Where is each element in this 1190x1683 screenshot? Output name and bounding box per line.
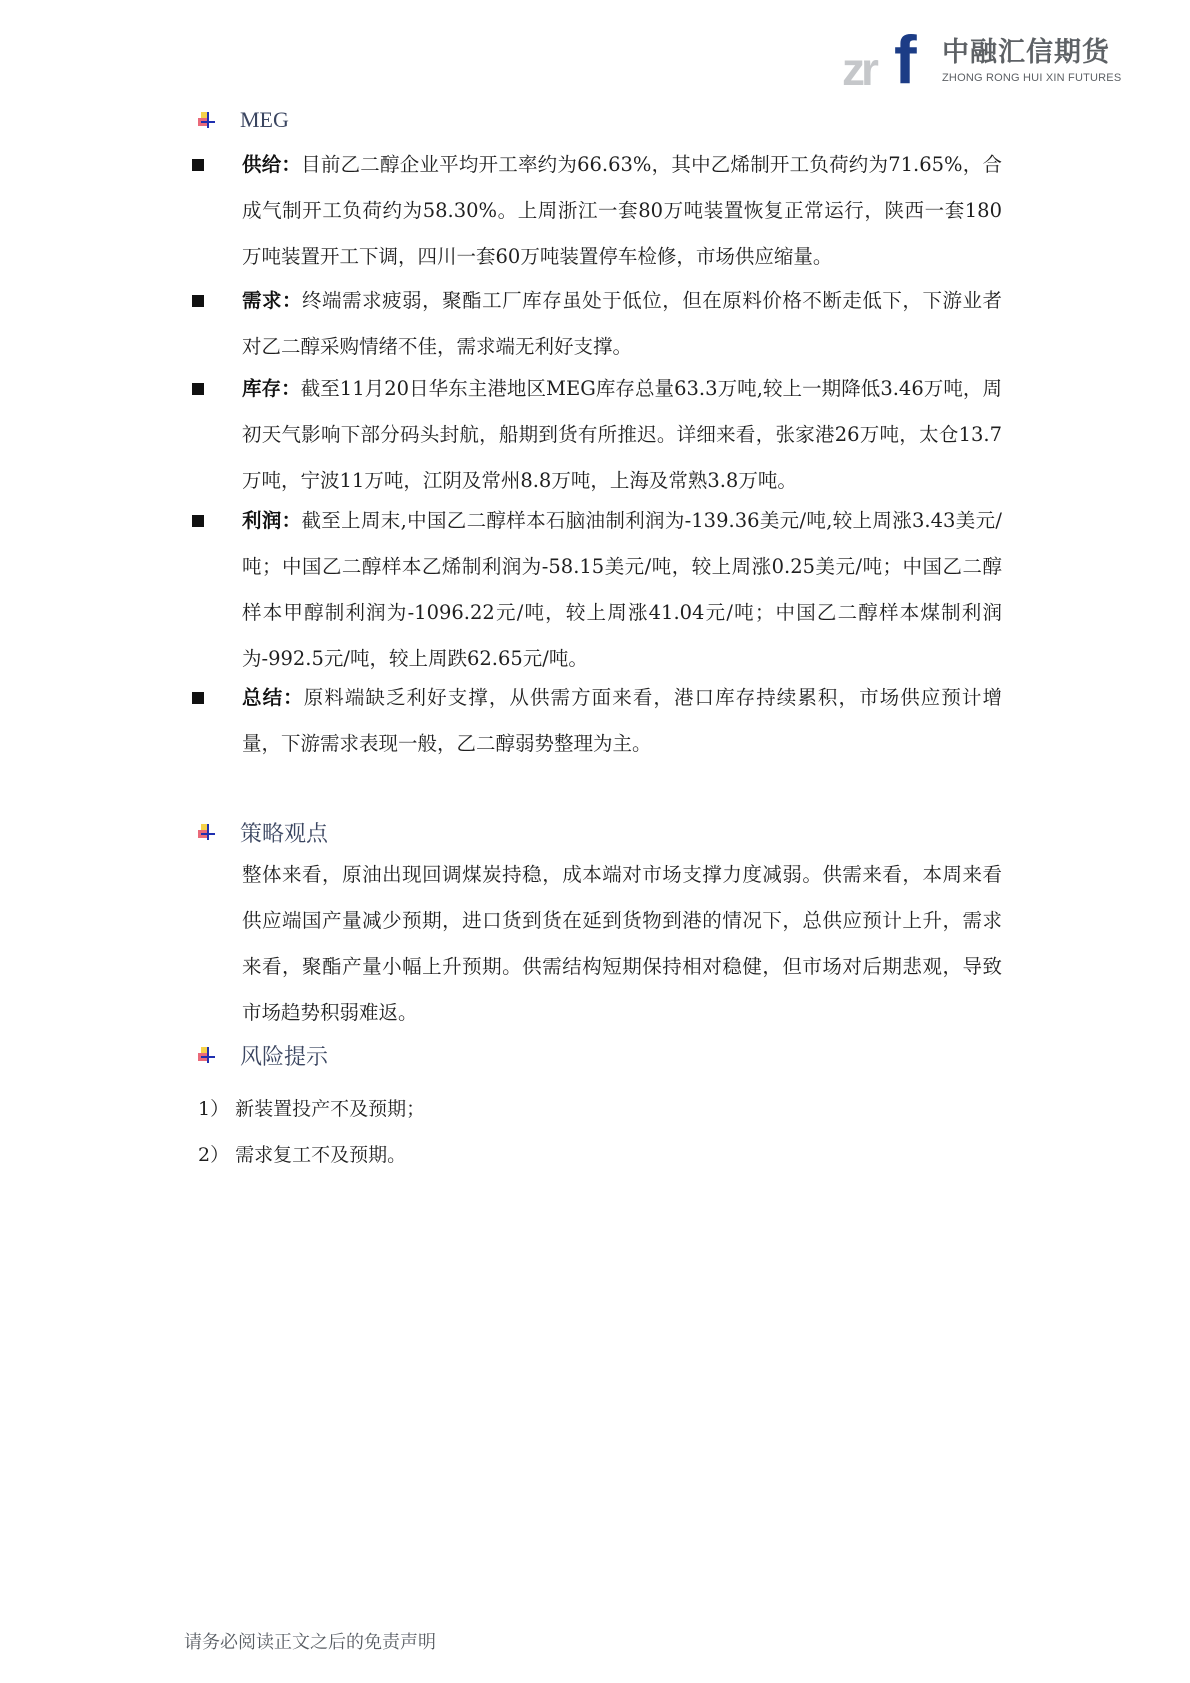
company-name-cn: 中融汇信期货 — [942, 38, 1110, 68]
text-demand: 终端需求疲弱，聚酯工厂库存虽处于低位，但在原料价格不断走低下，下游业者对乙二醇采… — [242, 289, 1002, 358]
label-demand: 需求： — [242, 289, 302, 312]
section-heading-risk: 风险提示 — [198, 1040, 328, 1070]
plus-bullet-icon — [198, 1046, 216, 1064]
square-bullet-icon — [192, 692, 204, 704]
square-bullet-icon — [192, 383, 204, 395]
text-summary: 原料端缺乏利好支撑，从供需方面来看，港口库存持续累积，市场供应预计增量，下游需求… — [242, 686, 1002, 755]
logo-mark-f: f — [894, 28, 917, 92]
paragraph-inventory: 库存：截至11月20日华东主港地区MEG库存总量63.3万吨,较上一期降低3.4… — [242, 366, 1002, 504]
paragraph-summary: 总结：原料端缺乏利好支撑，从供需方面来看，港口库存持续累积，市场供应预计增量，下… — [242, 675, 1002, 767]
paragraph-profit: 利润：截至上周末,中国乙二醇样本石脑油制利润为-139.36美元/吨,较上周涨3… — [242, 498, 1002, 682]
paragraph-strategy: 整体来看，原油出现回调煤炭持稳，成本端对市场支撑力度减弱。供需来看，本周来看供应… — [242, 852, 1002, 1036]
risk-item-number: 2） — [198, 1144, 229, 1166]
text-supply: 目前乙二醇企业平均开工率约为66.63%，其中乙烯制开工负荷约为71.65%，合… — [242, 153, 1002, 268]
risk-item-text: 新装置投产不及预期； — [235, 1098, 425, 1120]
paragraph-demand: 需求：终端需求疲弱，聚酯工厂库存虽处于低位，但在原料价格不断走低下，下游业者对乙… — [242, 278, 1002, 370]
section-title: 风险提示 — [240, 1040, 328, 1071]
label-supply: 供给： — [242, 153, 301, 176]
risk-item-text: 需求复工不及预期。 — [235, 1144, 406, 1166]
disclaimer-footer: 请务必阅读正文之后的免责声明 — [184, 1628, 436, 1654]
label-summary: 总结： — [242, 686, 304, 709]
company-name-en: ZHONG RONG HUI XIN FUTURES — [942, 72, 1121, 84]
logo-mark-zr: zr — [842, 46, 875, 92]
text-profit: 截至上周末,中国乙二醇样本石脑油制利润为-139.36美元/吨,较上周涨3.43… — [242, 509, 1002, 670]
section-heading-strategy: 策略观点 — [198, 817, 328, 847]
square-bullet-icon — [192, 159, 204, 171]
square-bullet-icon — [192, 295, 204, 307]
risk-item-number: 1） — [198, 1098, 229, 1120]
plus-bullet-icon — [198, 823, 216, 841]
label-profit: 利润： — [242, 509, 301, 532]
section-title: MEG — [240, 107, 289, 133]
plus-bullet-icon — [198, 111, 216, 129]
risk-item: 1） 新装置投产不及预期； — [198, 1094, 425, 1121]
square-bullet-icon — [192, 515, 204, 527]
paragraph-supply: 供给：目前乙二醇企业平均开工率约为66.63%，其中乙烯制开工负荷约为71.65… — [242, 142, 1002, 280]
section-title: 策略观点 — [240, 817, 328, 848]
section-heading-meg: MEG — [198, 105, 289, 135]
label-inventory: 库存： — [242, 377, 301, 400]
risk-item: 2） 需求复工不及预期。 — [198, 1140, 406, 1167]
company-logo: zr f 中融汇信期货 ZHONG RONG HUI XIN FUTURES — [842, 28, 1122, 88]
text-inventory: 截至11月20日华东主港地区MEG库存总量63.3万吨,较上一期降低3.46万吨… — [242, 377, 1002, 492]
